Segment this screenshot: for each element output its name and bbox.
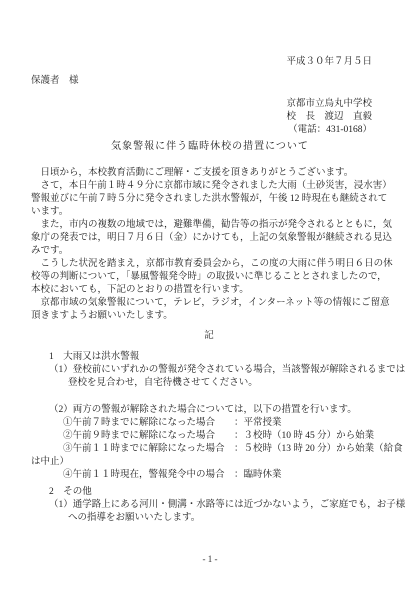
sender-principal: 校 長 渡辺 直毅 xyxy=(31,111,372,124)
body-line: 日頃から，本校教育活動にご理解・ご支援を頂きありがとうございます。 xyxy=(31,167,372,180)
sender-school: 京都市立烏丸中学校 xyxy=(31,98,372,111)
measure-row: ④午前１１時現在，警報発令中の場合 ：臨時休業 xyxy=(31,469,372,482)
body-line: みです。 xyxy=(31,245,372,258)
measure-row-continuation: は中止） xyxy=(31,456,372,469)
body-line: 京都市域の気象警報について，テレビ，ラジオ，インターネット等の情報にご留意 xyxy=(31,297,372,310)
section-1-item-1-line: 登校を見合わせ，自宅待機させてください。 xyxy=(31,377,372,390)
body-paragraphs: 日頃から，本校教育活動にご理解・ご支援を頂きありがとうございます。 さて，本日午… xyxy=(31,167,372,323)
body-line: 本校においても，下記のとおりの措置を行います。 xyxy=(31,284,372,297)
body-line: 頂きますようお願いいたします。 xyxy=(31,310,372,323)
measure-row: ③午前１１時までに解除になった場合 ：５校時（13 時 20 分）から始業（給食 xyxy=(31,443,372,456)
body-line: こうした状況を踏まえ，京都市教育委員会から，この度の大雨に伴う明日６日の休 xyxy=(31,258,372,271)
sender-phone: （電話：431-0168） xyxy=(31,124,372,137)
body-line: 象庁の発表では，明日７月６日（金）にかけても，上記の気象警報が継続される見込 xyxy=(31,232,372,245)
section-2-item-1-line: （1）通学路上にある河川・側溝・水路等には近づかないよう，ご家庭でも，お子様 xyxy=(31,499,372,512)
measure-row: ①午前７時までに解除になった場合 ：平常授業 xyxy=(31,417,372,430)
section-1-item-1-line: （1）登校前にいずれかの警報が発令されている場合，当該警報が解除されるまでは xyxy=(31,364,372,377)
section-2-item-1-line: への指導をお願いいたします。 xyxy=(31,512,372,525)
section-1-item-2-heading: （2）両方の警報が解除された場合については，以下の措置を行います。 xyxy=(31,404,372,417)
section-2-heading: 2 その他 xyxy=(31,486,372,499)
record-marker: 記 xyxy=(31,330,389,343)
sender-block: 京都市立烏丸中学校 校 長 渡辺 直毅 （電話：431-0168） xyxy=(31,98,372,137)
section-1-rain-flood-warning: 1 大雨又は洪水警報 （1）登校前にいずれかの警報が発令されている場合，当該警報… xyxy=(31,351,372,482)
body-line: います。 xyxy=(31,206,372,219)
document-title: 気象警報に伴う臨時休校の措置について xyxy=(31,140,389,153)
section-1-heading: 1 大雨又は洪水警報 xyxy=(31,351,372,364)
recipient: 保護者 様 xyxy=(31,75,372,88)
document-date: 平成３０年７月５日 xyxy=(31,56,372,69)
body-line: また，市内の複数の地域では，避難準備，勧告等の指示が発令されるとともに，気 xyxy=(31,219,372,232)
page-number: - 1 - xyxy=(31,553,389,566)
body-line: 校等の判断について，「暴風警報発令時」の取扱いに準じることとされましたので， xyxy=(31,271,372,284)
document-content: 平成３０年７月５日 保護者 様 京都市立烏丸中学校 校 長 渡辺 直毅 （電話：… xyxy=(0,0,420,566)
section-1-item-2: （2）両方の警報が解除された場合については，以下の措置を行います。 ①午前７時ま… xyxy=(31,404,372,482)
section-2-other: 2 その他 （1）通学路上にある河川・側溝・水路等には近づかないよう，ご家庭でも… xyxy=(31,486,372,525)
measure-row: ②午前９時までに解除になった場合 ：３校時（10 時 45 分）から始業 xyxy=(31,430,372,443)
body-line: さて，本日午前１時４９分に京都市域に発令されました大雨（土砂災害，浸水害） xyxy=(31,180,372,193)
body-line: 警報並びに午前７時５分に発令されました洪水警報が，午後 12 時現在も継続されて xyxy=(31,193,372,206)
document-page: 平成３０年７月５日 保護者 様 京都市立烏丸中学校 校 長 渡辺 直毅 （電話：… xyxy=(0,0,420,594)
